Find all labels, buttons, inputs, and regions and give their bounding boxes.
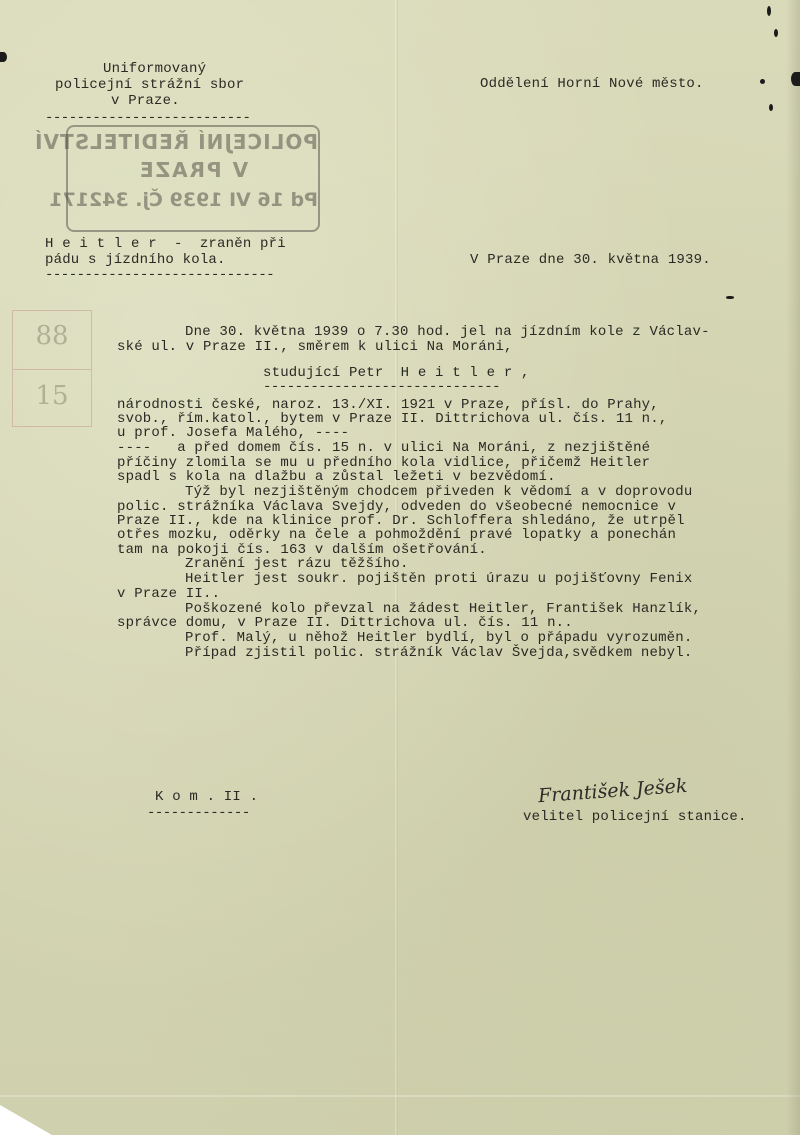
signatory-title: velitel policejní stanice. [523,810,747,824]
ink-mark-right-4 [791,72,800,86]
body-line: Heitler jest soukr. pojištěn proti úrazu… [185,572,692,586]
commissariat-label: K o m . II . [155,790,258,804]
body-line: v Praze II.. [117,587,220,601]
body-rule: ------------------------------ [263,380,500,394]
body-line: Případ zjistil polic. strážník Václav Šv… [185,646,692,660]
body-line: ské ul. v Praze II., směrem k ulici Na M… [117,340,513,354]
stamp-line-1: POLICEJNÍ ŘEDITELSTVÍ [68,130,318,154]
body-line: Zranění jest rázu těžšího. [185,557,409,571]
body-line: Týž byl nezjištěným chodcem přiveden k v… [185,485,692,499]
body-line: ---- a před domem čís. 15 n. v ulici Na … [117,441,650,455]
subject-rule: ----------------------------- [45,268,274,282]
subject-line-1: H e i t l e r - zraněn při [45,237,286,251]
stamp-line-3: Pd 16 VI 1939 Čj. 342171 [68,189,318,211]
stamp-line-2: V PRAZE [68,158,318,182]
body-line: svob., řím.katol., bytem v Praze II. Dit… [117,412,668,426]
body-line: Prof. Malý, u něhož Heitler bydlí, byl o… [185,631,692,645]
ink-mark-right-5 [769,104,773,111]
right-edge-shadow [786,0,800,1135]
issuer-line-1: Uniformovaný [103,62,206,76]
issuer-line-2: policejní strážní sbor [55,78,244,92]
body-line: spadl s kola na dlažbu a zůstal ležeti v… [117,470,556,484]
body-line: příčiny zlomila se mu u předního kola vi… [117,456,650,470]
body-line: u prof. Josefa Malého, ---- [117,426,349,440]
body-line: otřes mozku, oděrky na čele a pohmoždění… [117,528,676,542]
commissariat-rule: ------------- [147,806,250,820]
body-line: studující Petr H e i t l e r , [263,366,530,380]
body-line: Poškozené kolo převzal na žádest Heitler… [185,602,701,616]
body-line: národnosti české, naroz. 13./XI. 1921 v … [117,398,659,412]
ink-mark-right-3 [760,79,765,84]
margin-registry-stamp: 88 15 [12,310,92,427]
subject-line-2: pádu s jízdního kola. [45,253,226,267]
body-line: polic. strážníka Václava Svejdy, odveden… [117,500,676,514]
body-line: tam na pokoji čís. 163 v dalším ošetřová… [117,543,487,557]
ink-mark-left [0,52,7,62]
horizontal-fold-crease [0,1095,800,1097]
body-line: Dne 30. května 1939 o 7.30 hod. jel na j… [185,325,710,339]
place-and-date: V Praze dne 30. května 1939. [470,253,711,267]
ink-mark-right-1 [767,6,771,16]
department-heading: Oddělení Horní Nové město. [480,77,704,91]
issuer-rule: -------------------------- [45,111,250,125]
ink-mark-right-2 [774,29,778,37]
issuer-line-3: v Praze. [111,94,180,108]
body-line: Praze II., kde na klinice prof. Dr. Schl… [117,514,685,528]
received-stamp: POLICEJNÍ ŘEDITELSTVÍ V PRAZE Pd 16 VI 1… [66,125,320,232]
body-line: správce domu, v Praze II. Dittrichova ul… [117,616,573,630]
margin-number-1: 88 [13,311,91,370]
margin-number-2: 15 [13,369,91,427]
ink-smudge [726,296,734,299]
